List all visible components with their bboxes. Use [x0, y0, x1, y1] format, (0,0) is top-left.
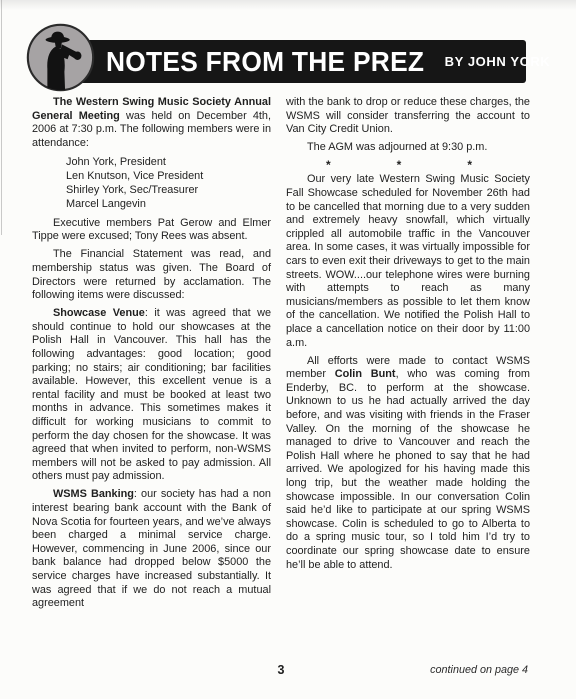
paragraph: The AGM was adjourned at 9:30 p.m. [286, 141, 530, 155]
text-run: Executive members Pat Gerow and Elmer Ti… [32, 217, 271, 243]
masthead-bar: NOTES FROM THE PREZ BY JOHN YORK [62, 40, 526, 83]
column-left: The Western Swing Music Society Annual G… [32, 96, 271, 615]
page-footer: 3 continued on page 4 [32, 663, 530, 681]
text-run: Our very late Western Swing Music Societ… [286, 173, 530, 348]
text-run: The AGM was adjourned at 9:30 p.m. [307, 141, 487, 153]
continued-note: continued on page 4 [430, 664, 528, 676]
trumpet-player-icon [25, 22, 96, 93]
list-item: Shirley York, Sec/Treasurer [66, 183, 271, 197]
asterisk: * [467, 159, 472, 172]
column-right: with the bank to drop or reduce these ch… [286, 96, 530, 615]
list-item: Marcel Langevin [66, 197, 271, 211]
text-run: , who was coming from Enderby, BC. to pe… [286, 368, 530, 570]
paragraph: with the bank to drop or reduce these ch… [286, 96, 530, 137]
newsletter-page: NOTES FROM THE PREZ BY JOHN YORK [0, 0, 576, 699]
list-item: Len Knutson, Vice President [66, 169, 271, 183]
bold-run: WSMS Banking [53, 488, 134, 500]
bold-run: Showcase Venue [53, 307, 145, 319]
society-logo [25, 22, 96, 93]
paragraph: The Western Swing Music Society Annual G… [32, 96, 271, 150]
text-run: : our society has had a non interest bea… [32, 488, 271, 609]
paragraph: WSMS Banking: our society has had a non … [32, 488, 271, 610]
byline: BY JOHN YORK [445, 54, 551, 69]
paragraph: Our very late Western Swing Music Societ… [286, 173, 530, 350]
text-run: : it was agreed that we should continue … [32, 307, 271, 482]
paragraph: Executive members Pat Gerow and Elmer Ti… [32, 217, 271, 244]
attendee-list: John York, PresidentLen Knutson, Vice Pr… [32, 155, 271, 212]
page-title: NOTES FROM THE PREZ [106, 46, 424, 78]
masthead: NOTES FROM THE PREZ BY JOHN YORK [0, 0, 576, 96]
section-separator: *** [326, 159, 472, 172]
asterisk: * [326, 159, 331, 172]
asterisk: * [397, 159, 402, 172]
list-item: John York, President [66, 155, 271, 169]
text-run: The Financial Statement was read, and me… [32, 248, 271, 301]
paragraph: The Financial Statement was read, and me… [32, 248, 271, 302]
text-run: with the bank to drop or reduce these ch… [286, 96, 530, 135]
bold-run: Colin Bunt [335, 368, 396, 380]
article-body: The Western Swing Music Society Annual G… [32, 96, 530, 615]
paragraph: Showcase Venue: it was agreed that we sh… [32, 307, 271, 484]
paragraph: All efforts were made to contact WSMS me… [286, 355, 530, 573]
